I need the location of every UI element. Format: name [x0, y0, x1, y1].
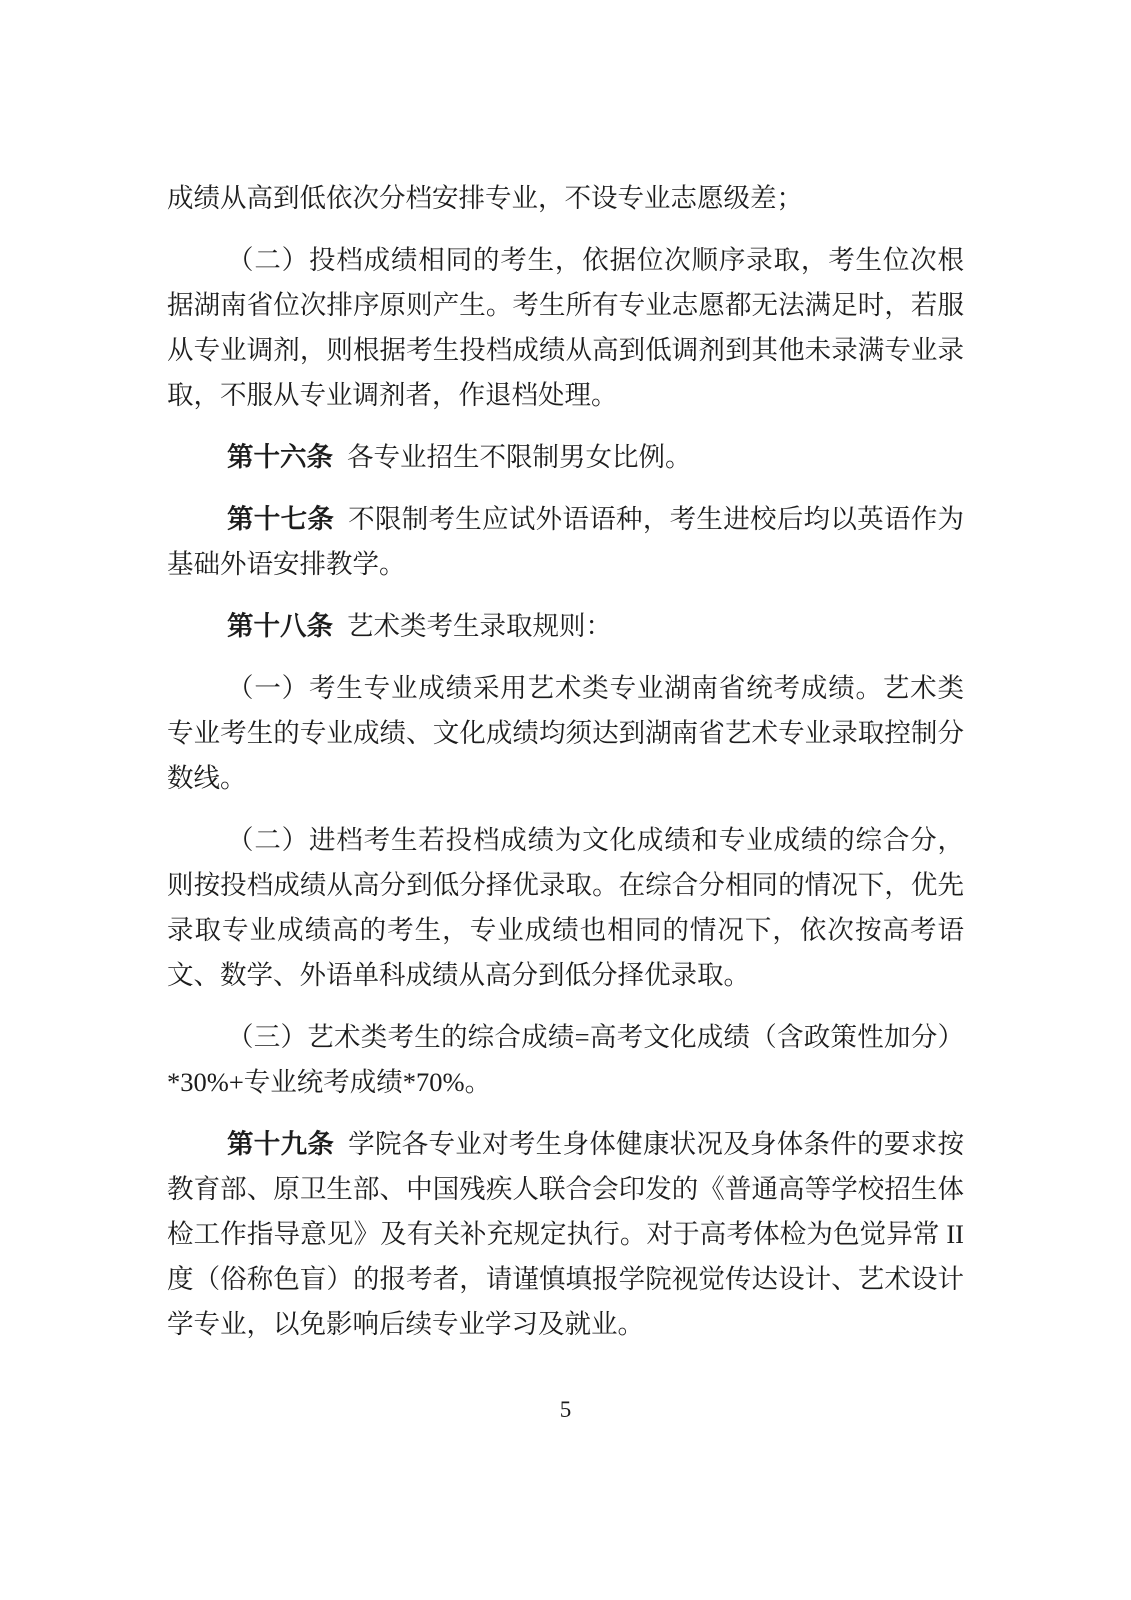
- document-body: 成绩从高到低依次分档安排专业，不设专业志愿级差； （二）投档成绩相同的考生，依据…: [167, 176, 964, 1364]
- paragraph: 第十七条不限制考生应试外语语种，考生进校后均以英语作为基础外语安排教学。: [167, 497, 964, 587]
- article-number: 第十七条: [227, 504, 334, 534]
- paragraph: 成绩从高到低依次分档安排专业，不设专业志愿级差；: [167, 176, 964, 221]
- paragraph-text: （三）艺术类考生的综合成绩=高考文化成绩（含政策性加分）*30%+专业统考成绩*…: [167, 1022, 964, 1097]
- paragraph-text: 艺术类考生录取规则：: [347, 611, 612, 641]
- paragraph: 第十八条艺术类考生录取规则：: [167, 604, 964, 649]
- article-number: 第十八条: [227, 611, 333, 641]
- paragraph: 第十九条学院各专业对考生身体健康状况及身体条件的要求按教育部、原卫生部、中国残疾…: [167, 1122, 964, 1347]
- paragraph-text: 学院各专业对考生身体健康状况及身体条件的要求按教育部、原卫生部、中国残疾人联合会…: [167, 1129, 964, 1339]
- paragraph-text: （二）进档考生若投档成绩为文化成绩和专业成绩的综合分，则按投档成绩从高分到低分择…: [167, 825, 964, 990]
- paragraph: （二）进档考生若投档成绩为文化成绩和专业成绩的综合分，则按投档成绩从高分到低分择…: [167, 818, 964, 998]
- paragraph-text: （二）投档成绩相同的考生，依据位次顺序录取，考生位次根据湖南省位次排序原则产生。…: [167, 245, 964, 410]
- article-number: 第十九条: [227, 1129, 334, 1159]
- article-number: 第十六条: [227, 442, 333, 472]
- paragraph: （一）考生专业成绩采用艺术类专业湖南省统考成绩。艺术类专业考生的专业成绩、文化成…: [167, 666, 964, 801]
- paragraph: （二）投档成绩相同的考生，依据位次顺序录取，考生位次根据湖南省位次排序原则产生。…: [167, 238, 964, 418]
- document-page: 成绩从高到低依次分档安排专业，不设专业志愿级差； （二）投档成绩相同的考生，依据…: [0, 0, 1131, 1600]
- paragraph: 第十六条各专业招生不限制男女比例。: [167, 435, 964, 480]
- paragraph-text: （一）考生专业成绩采用艺术类专业湖南省统考成绩。艺术类专业考生的专业成绩、文化成…: [167, 673, 964, 793]
- page-number: 5: [0, 1396, 1131, 1424]
- paragraph-text: 成绩从高到低依次分档安排专业，不设专业志愿级差；: [167, 183, 803, 213]
- paragraph-text: 各专业招生不限制男女比例。: [347, 442, 692, 472]
- paragraph: （三）艺术类考生的综合成绩=高考文化成绩（含政策性加分）*30%+专业统考成绩*…: [167, 1015, 964, 1105]
